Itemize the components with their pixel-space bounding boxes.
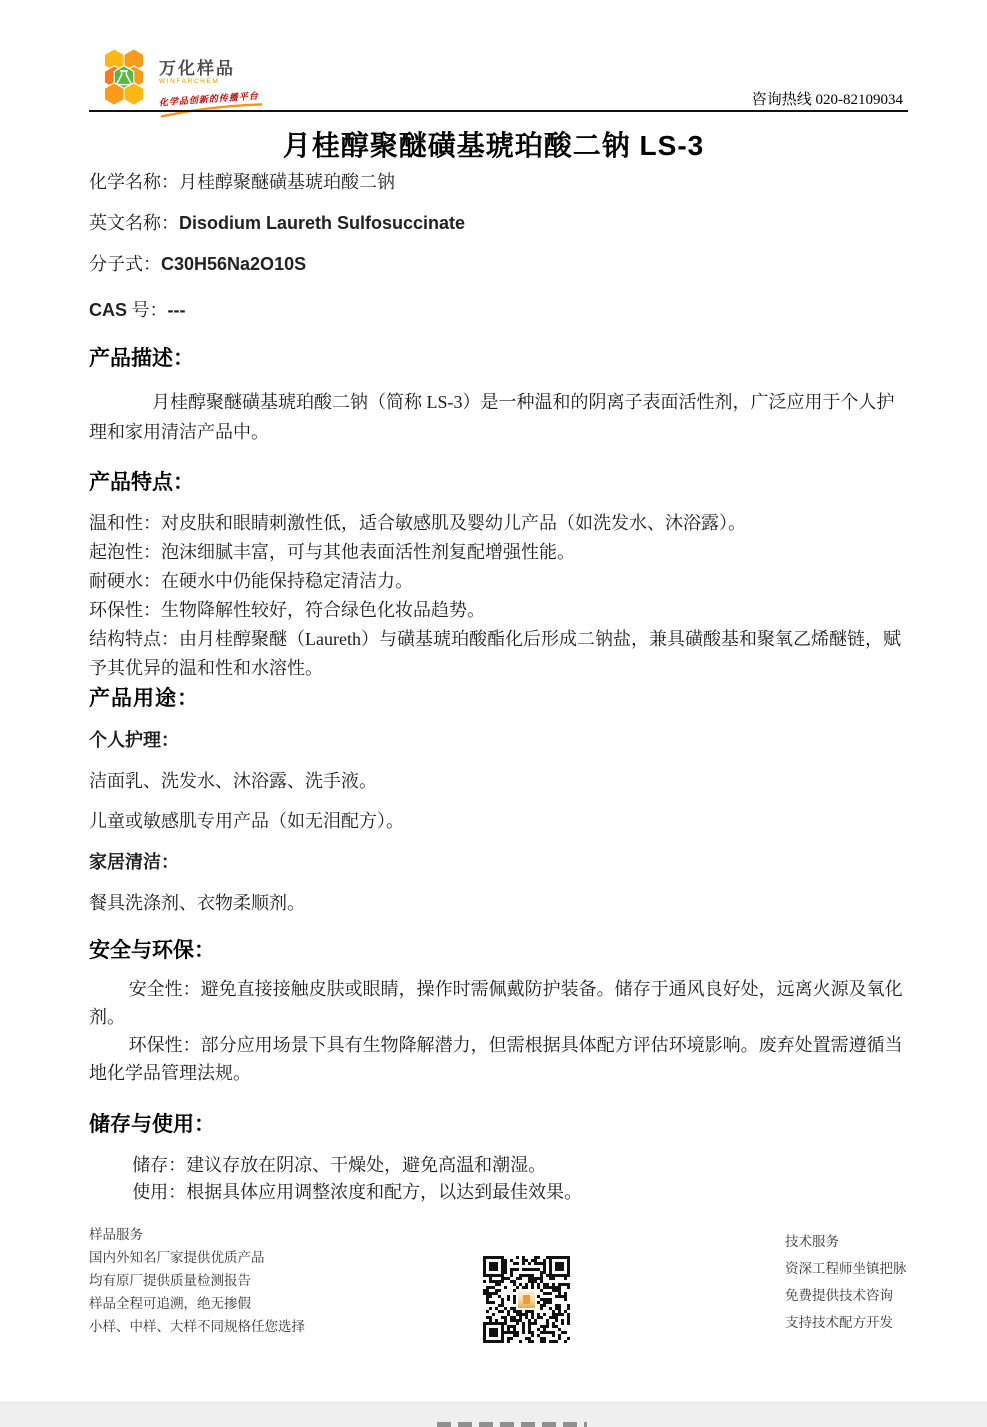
safety-paragraph: 安全性：避免直接接触皮肤或眼睛，操作时需佩戴防护装备。储存于通风良好处，远离火源… xyxy=(89,975,904,1031)
sample-service-block: 样品服务 国内外知名厂家提供优质产品 均有原厂提供质量检测报告 样品全程可追溯，… xyxy=(89,1228,369,1343)
section-heading-features: 产品特点： xyxy=(89,471,904,495)
cas-line: CAS 号：--- xyxy=(89,300,904,320)
cas-label-cn: 号： xyxy=(127,300,168,320)
tech-service-title: 技术服务 xyxy=(785,1235,965,1249)
logo-name-cn: 万化样品 xyxy=(159,60,263,78)
feature-item: 温和性：对皮肤和眼睛刺激性低，适合敏感肌及婴幼儿产品（如洗发水、沐浴露）。 xyxy=(89,509,904,538)
chemical-name-line: 化学名称：月桂醇聚醚磺基琥珀酸二钠 xyxy=(89,172,904,192)
safety-paragraph: 环保性：部分应用场景下具有生物降解潜力，但需根据具体配方评估环境影响。废弃处置需… xyxy=(89,1031,904,1087)
logo-text-block: 万化样品 WINFARCHEM 化学品创新的传播平台 xyxy=(159,60,263,114)
personal-care-subheading: 个人护理： xyxy=(89,728,904,752)
tech-service-item: 支持技术配方开发 xyxy=(785,1316,965,1330)
section-heading-storage: 储存与使用： xyxy=(89,1113,904,1137)
qr-center-logo-icon xyxy=(516,1289,537,1310)
feature-item: 环保性：生物降解性较好，符合绿色化妆品趋势。 xyxy=(89,596,904,625)
sample-service-title: 样品服务 xyxy=(89,1228,369,1242)
feature-item: 起泡性：泡沫细腻丰富，可与其他表面活性剂复配增强性能。 xyxy=(89,538,904,567)
section-heading-safety: 安全与环保： xyxy=(89,939,904,963)
main-content: 化学名称：月桂醇聚醚磺基琥珀酸二钠 英文名称：Disodium Laureth … xyxy=(89,172,904,1206)
product-datasheet-page: 万化样品 WINFARCHEM 化学品创新的传播平台 咨询热线 020-8210… xyxy=(0,0,987,1427)
chemical-name-label: 化学名称： xyxy=(89,172,179,192)
company-logo: 万化样品 WINFARCHEM 化学品创新的传播平台 xyxy=(95,46,263,114)
english-name-line: 英文名称：Disodium Laureth Sulfosuccinate xyxy=(89,213,904,233)
section-heading-uses: 产品用途： xyxy=(89,686,904,710)
description-paragraph: 月桂醇聚醚磺基琥珀酸二钠（简称 LS-3）是一种温和的阴离子表面活性剂，广泛应用… xyxy=(89,387,904,447)
sample-service-item: 样品全程可追溯，绝无掺假 xyxy=(89,1297,369,1311)
sample-service-item: 国内外知名厂家提供优质产品 xyxy=(89,1251,369,1265)
page-title: 月桂醇聚醚磺基琥珀酸二钠 LS-3 xyxy=(0,124,987,164)
english-name-label: 英文名称： xyxy=(89,213,179,233)
feature-item: 耐硬水：在硬水中仍能保持稳定清洁力。 xyxy=(89,567,904,596)
tech-service-item: 免费提供技术咨询 xyxy=(785,1289,965,1303)
chemical-name-value: 月桂醇聚醚磺基琥珀酸二钠 xyxy=(179,172,395,192)
section-heading-description: 产品描述： xyxy=(89,347,904,371)
honeycomb-logo-icon xyxy=(95,46,153,110)
logo-slogan-wrap: 化学品创新的传播平台 xyxy=(158,85,263,117)
bottom-band xyxy=(0,1402,987,1427)
english-name-value: Disodium Laureth Sulfosuccinate xyxy=(179,213,465,233)
features-list: 温和性：对皮肤和眼睛刺激性低，适合敏感肌及婴幼儿产品（如洗发水、沐浴露）。 起泡… xyxy=(89,509,904,683)
tech-service-block: 技术服务 资深工程师坐镇把脉 免费提供技术咨询 支持技术配方开发 xyxy=(785,1228,965,1343)
sample-service-item: 均有原厂提供质量检测报告 xyxy=(89,1274,369,1288)
use-item: 餐具洗涤剂、衣物柔顺剂。 xyxy=(89,892,904,914)
tech-service-item: 资深工程师坐镇把脉 xyxy=(785,1262,965,1276)
sample-service-item: 小样、中样、大样不同规格任您选择 xyxy=(89,1320,369,1334)
feature-item: 结构特点：由月桂醇聚醚（Laureth）与磺基琥珀酸酯化后形成二钠盐，兼具磺酸基… xyxy=(89,625,904,683)
hotline-text: 咨询热线 020-82109034 xyxy=(752,88,903,109)
wechat-qr-code xyxy=(483,1256,570,1343)
use-item: 儿童或敏感肌专用产品（如无泪配方）。 xyxy=(89,810,904,832)
formula-line: 分子式：C30H56Na2O10S xyxy=(89,254,904,274)
clipped-text-fragment xyxy=(437,1422,587,1427)
storage-list: 储存：建议存放在阴凉、干燥处，避免高温和潮湿。 使用：根据具体应用调整浓度和配方… xyxy=(89,1152,904,1206)
use-item: 洁面乳、洗发水、沐浴露、洗手液。 xyxy=(89,770,904,792)
formula-value: C30H56Na2O10S xyxy=(161,254,306,274)
cas-label-en: CAS xyxy=(89,300,127,320)
formula-label: 分子式： xyxy=(89,254,161,274)
storage-item: 使用：根据具体应用调整浓度和配方，以达到最佳效果。 xyxy=(89,1179,904,1206)
storage-item: 储存：建议存放在阴凉、干燥处，避免高温和潮湿。 xyxy=(89,1152,904,1179)
household-subheading: 家居清洁： xyxy=(89,850,904,874)
logo-name-en: WINFARCHEM xyxy=(159,78,263,86)
header-divider xyxy=(89,110,908,112)
cas-value: --- xyxy=(168,300,186,320)
